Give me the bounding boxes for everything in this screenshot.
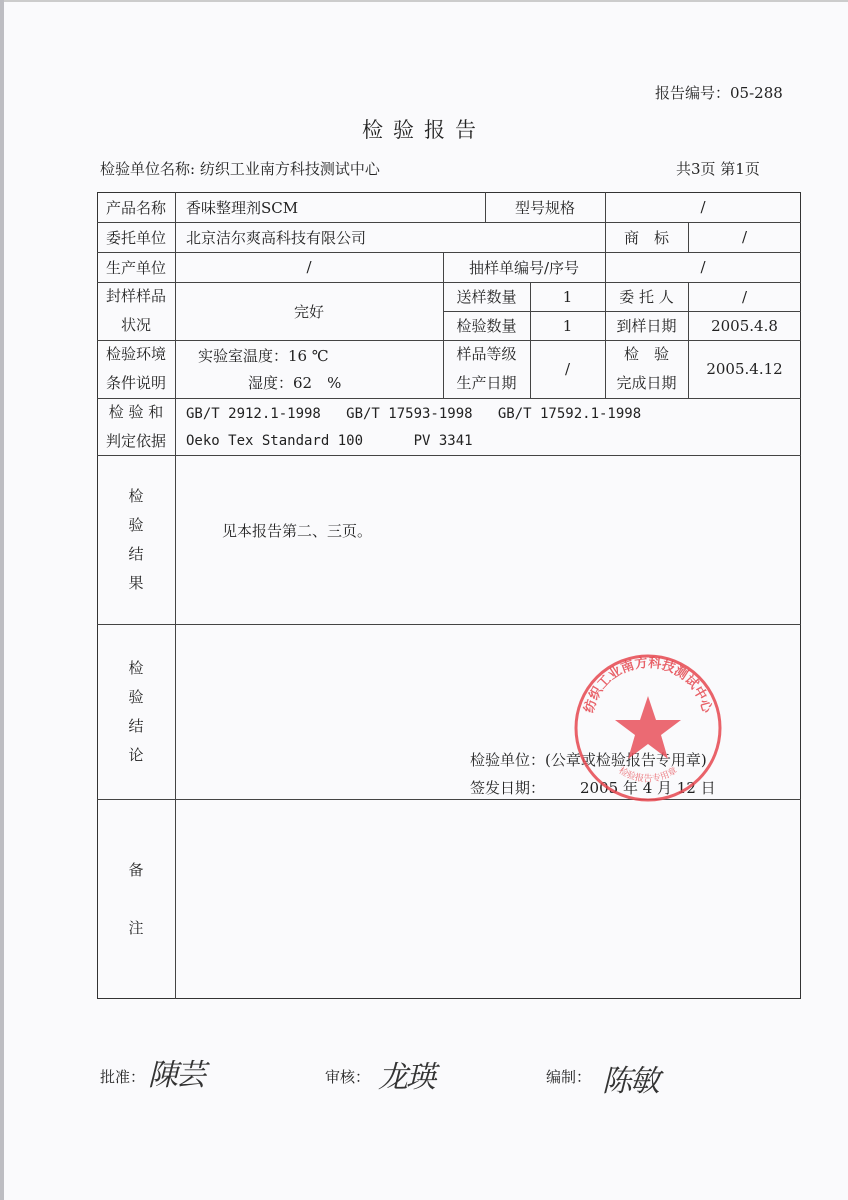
product-name-label: 产品名称: [97, 192, 175, 222]
sample-state-label-line2: 状况: [121, 311, 151, 340]
row-divider: [97, 455, 801, 456]
producer-value: /: [175, 252, 443, 282]
basis-label-line2: 判定依据: [106, 427, 166, 456]
result-label-char: 检: [128, 482, 143, 511]
scan-edge-top: [0, 0, 848, 2]
row-divider: [97, 398, 801, 399]
consignor-value: /: [688, 282, 801, 311]
env-label-line2: 条件说明: [106, 369, 166, 398]
test-qty-value: 1: [530, 311, 605, 340]
review-signature: 龙瑛: [378, 1052, 434, 1096]
model-value: /: [605, 192, 801, 222]
sent-qty-value: 1: [530, 282, 605, 311]
testing-unit-name: 检验单位名称: 纺织工业南方科技测试中心: [100, 158, 380, 179]
grade-label-line1: 样品等级: [456, 340, 516, 369]
finish-date-label-line2: 完成日期: [616, 369, 676, 398]
remarks-label: 备 注: [97, 799, 175, 999]
model-label: 型号规格: [485, 192, 605, 222]
conclusion-label-char: 验: [128, 683, 143, 712]
finish-date-value: 2005.4.12: [688, 340, 801, 398]
client-value: 北京洁尔爽高科技有限公司: [186, 222, 596, 252]
prepare-label: 编制：: [546, 1066, 591, 1087]
sample-state-label: 封样样品 状况: [97, 282, 175, 340]
basis-label-line1: 检 验 和: [109, 398, 164, 427]
finish-date-label-line1: 检 验: [624, 340, 669, 369]
issue-date-value: 2005 年 4 月 12 日: [580, 774, 780, 800]
result-label-char: 结: [128, 540, 143, 569]
basis-standards-line2: Oeko Tex Standard 100 PV 3341: [186, 427, 796, 454]
grade-label: 样品等级 生产日期: [443, 340, 530, 398]
env-temperature: 实验室温度：16 ℃: [198, 342, 438, 369]
trademark-label: 商 标: [605, 222, 688, 252]
finish-date-label: 检 验 完成日期: [605, 340, 688, 398]
review-label: 审核：: [325, 1066, 370, 1087]
remarks-label-char: 注: [128, 899, 143, 957]
producer-label: 生产单位: [97, 252, 175, 282]
conclusion-label-char: 结: [128, 712, 143, 741]
client-label: 委托单位: [97, 222, 175, 252]
trademark-value: /: [688, 222, 801, 252]
prepare-signature: 陈敏: [602, 1056, 658, 1100]
remarks-value: [175, 799, 801, 999]
approve-signature: 陳芸: [148, 1050, 204, 1094]
row-divider: [97, 624, 801, 625]
env-humidity: 湿度：62 %: [248, 369, 438, 396]
conclusion-label-char: 论: [128, 741, 143, 770]
arrival-date-label: 到样日期: [605, 311, 688, 340]
sample-state-label-line1: 封样样品: [106, 282, 166, 311]
conclusion-unit: 检验单位：(公章或检验报告专用章): [470, 746, 790, 772]
conclusion-label: 检 验 结 论: [97, 624, 175, 799]
consignor-label: 委 托 人: [605, 282, 688, 311]
result-value: 见本报告第二、三页。: [222, 515, 622, 545]
page-count: 共3页 第1页: [676, 158, 760, 179]
env-label: 检验环境 条件说明: [97, 340, 175, 398]
sample-state-value: 完好: [175, 282, 443, 340]
env-label-line1: 检验环境: [106, 340, 166, 369]
scan-edge-left: [0, 0, 4, 1200]
arrival-date-value: 2005.4.8: [688, 311, 801, 340]
issue-date-label: 签发日期：: [470, 774, 580, 800]
basis-standards-line1: GB/T 2912.1-1998 GB/T 17593-1998 GB/T 17…: [186, 400, 796, 427]
report-number: 报告编号：05-288: [655, 82, 783, 103]
sampling-no-value: /: [605, 252, 801, 282]
grade-label-line2: 生产日期: [456, 369, 516, 398]
sent-qty-label: 送样数量: [443, 282, 530, 311]
sampling-no-label: 抽样单编号/序号: [443, 252, 605, 282]
grade-value: /: [530, 340, 605, 398]
test-qty-label: 检验数量: [443, 311, 530, 340]
basis-label: 检 验 和 判定依据: [97, 398, 175, 455]
page-title: 检验报告: [0, 114, 848, 144]
result-label: 检 验 结 果: [97, 455, 175, 624]
product-name-value: 香味整理剂SCM: [186, 192, 476, 222]
remarks-label-char: 备: [128, 841, 143, 899]
conclusion-label-char: 检: [128, 654, 143, 683]
result-label-char: 果: [128, 569, 143, 598]
result-label-char: 验: [128, 511, 143, 540]
approve-label: 批准：: [100, 1066, 145, 1087]
